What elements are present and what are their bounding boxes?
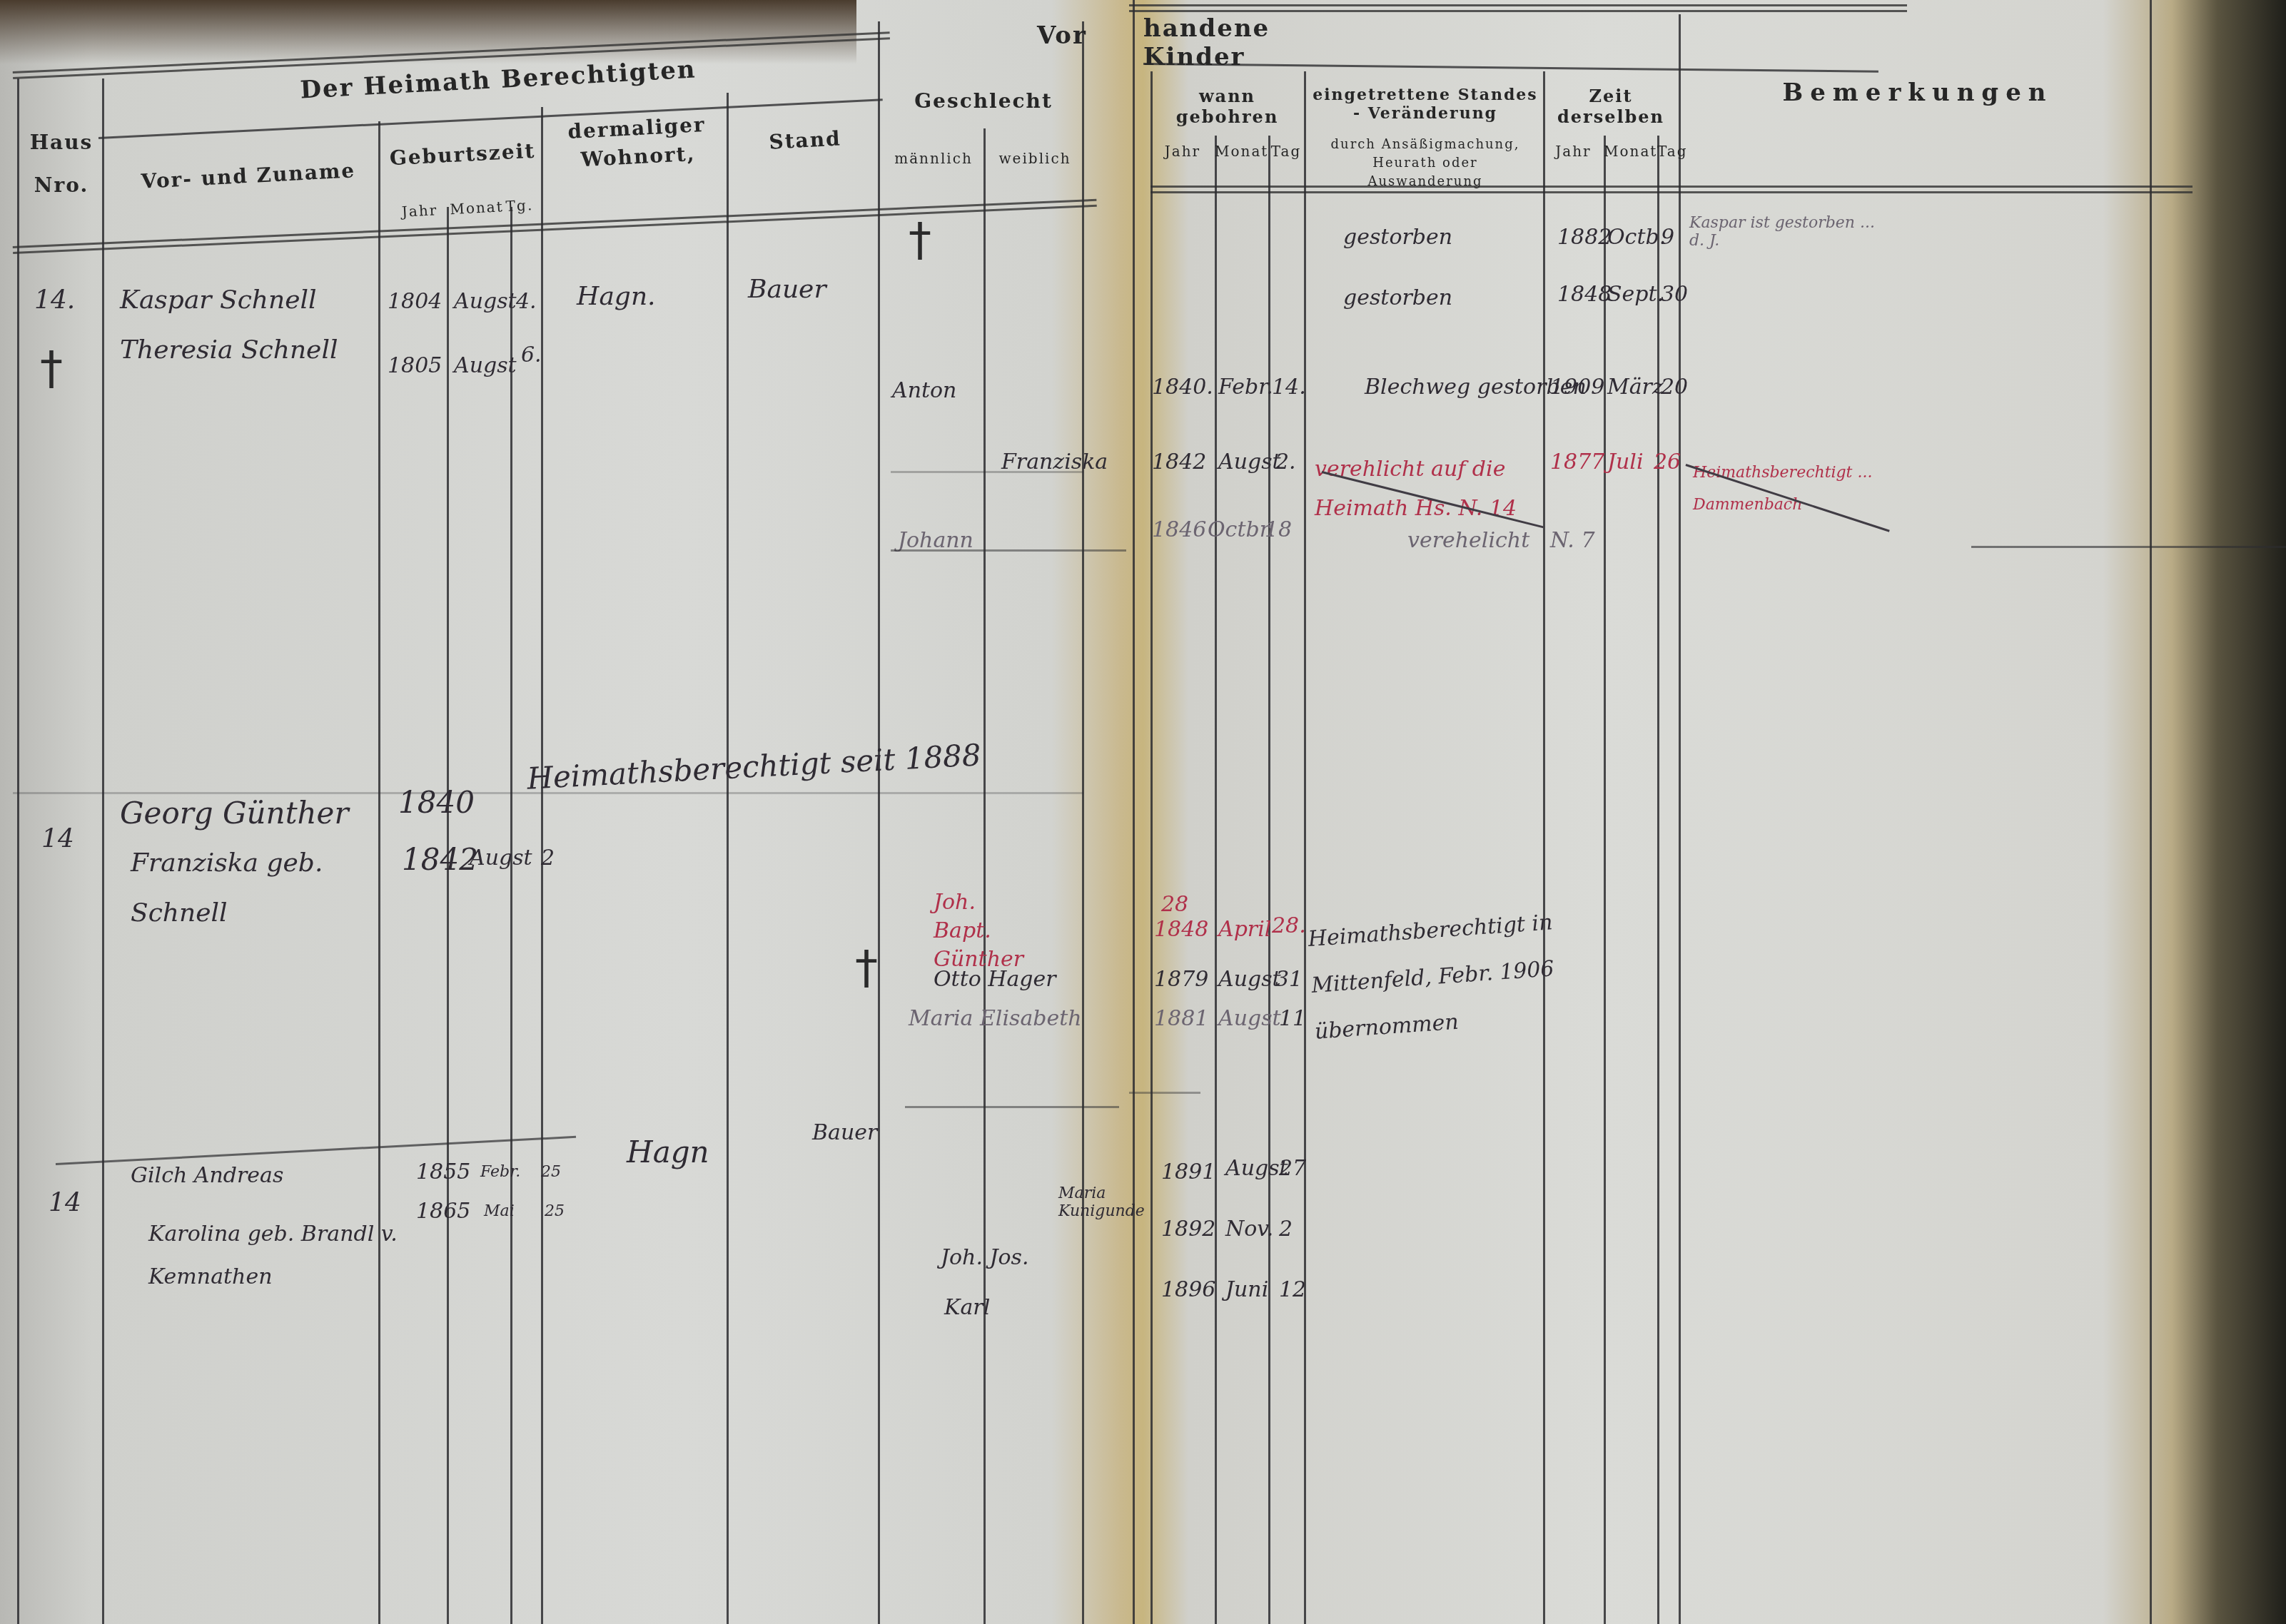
child-birth-year: 1891 [1161, 1159, 1215, 1184]
birth-day: 25 [541, 1163, 561, 1181]
change-text: verehlicht auf die Heimath Hs. N. 14 [1315, 450, 1543, 528]
col-line [447, 207, 449, 1624]
wann-subheaders: Jahr Monat Tag [1150, 143, 1304, 160]
child-name: Anton [892, 378, 956, 403]
col-line [983, 128, 986, 1624]
child-birth-year: 1840. [1152, 375, 1213, 400]
child-name: Otto Hager [934, 967, 1056, 992]
change-text: gestorben [1343, 225, 1452, 250]
sub-weiblich: weiblich [985, 150, 1085, 167]
geburtszeit-subheaders: Jahr Monat Tg. [391, 196, 542, 221]
sub-jahr: Jahr [1543, 143, 1604, 160]
sub-tag: Tag [1657, 143, 1679, 160]
birth-month: Augst [454, 289, 517, 314]
child-name: Maria Elisabeth [909, 1006, 1082, 1031]
col-line [17, 78, 19, 1624]
change-month: Juli [1607, 450, 1644, 474]
birth-month: Febr. [480, 1163, 520, 1181]
col-header-name: Vor- und Zuname [119, 158, 377, 195]
child-name: Joh. Jos. [941, 1245, 1029, 1270]
haus-number: 14 [41, 824, 74, 853]
child-name: Joh. Bapt. Günther [934, 888, 1033, 974]
col-line [1604, 136, 1606, 1624]
col-line [1679, 14, 1681, 1624]
child-birth-month: Augst [1218, 967, 1281, 992]
col-line [1268, 136, 1270, 1624]
header-rule-bottom [13, 199, 1097, 254]
child-name: Maria Kunigunde [1058, 1184, 1123, 1220]
col-header-geburtszeit: Geburtszeit [383, 138, 541, 170]
birth-day: 6. [521, 342, 542, 367]
col-header-haus: Haus Nro. [19, 121, 104, 207]
child-birth-year: 1896 [1161, 1277, 1215, 1302]
col-header-stand: Stand [733, 125, 876, 156]
sub-monat: Monat [1604, 143, 1657, 160]
birth-day: 4. [516, 289, 537, 314]
child-birth-month: Febr. [1218, 375, 1273, 400]
col-header-geschlecht: Geschlecht [884, 89, 1083, 113]
change-month: Sept. [1607, 282, 1664, 307]
birth-year: 1840 [398, 785, 475, 820]
entry-note: Heimathsberechtigt seit 1888 [526, 737, 982, 796]
birth-month: Augst [454, 353, 517, 378]
person-name: Theresia Schnell [120, 335, 363, 365]
change-text: gestorben [1343, 285, 1452, 310]
col-line [1304, 71, 1306, 1624]
col-line [1657, 136, 1659, 1624]
entry-rule [905, 1106, 1119, 1108]
wohnort: Hagn. [577, 282, 656, 311]
death-cross-icon: † [855, 942, 878, 995]
child-name: Karl [944, 1295, 990, 1320]
change-day: 30 [1661, 282, 1688, 307]
child-birth-year: 1848 [1154, 917, 1208, 942]
child-birth-year: 1892 [1161, 1217, 1215, 1242]
row-rule [891, 471, 1083, 473]
row-rule [1129, 1092, 1200, 1094]
entry-rule [56, 1136, 576, 1165]
birth-month: Augst [470, 846, 532, 871]
sub-maennlich: männlich [884, 150, 983, 167]
sub-tag: Tag [1268, 143, 1304, 160]
sub-jahr: Jahr [391, 201, 449, 220]
group-header-kinder: handene Kinder [1143, 14, 1357, 71]
child-birth-day: 12 [1279, 1277, 1306, 1302]
col-line [1543, 71, 1545, 1624]
wohnort: Hagn [627, 1135, 709, 1169]
child-birth-year: 1842 [1152, 450, 1206, 474]
child-birth-day: 2 [1279, 1217, 1293, 1242]
child-birth-month: Augst [1218, 1006, 1281, 1031]
death-cross-icon: † [40, 342, 63, 395]
col-header-wohnort: dermaliger Wohnort, [554, 110, 721, 176]
child-birth-month: Juni [1225, 1277, 1268, 1302]
sub-veraenderung: durch Ansäßigmachung, Heurath oder Auswa… [1315, 136, 1536, 191]
haus-number: 14. [34, 285, 75, 315]
child-birth-month: Nov. [1225, 1217, 1273, 1242]
group-header-vor: Vor [1026, 21, 1098, 50]
change-text: verehelicht [1407, 528, 1529, 553]
col-line [727, 93, 729, 1624]
col-line [1150, 71, 1153, 1624]
child-birth-year-alt: 28 [1161, 892, 1188, 917]
person-name: Karolina geb. Brandl v. Kemnathen [148, 1213, 405, 1299]
person-name: Gilch Andreas [131, 1163, 283, 1188]
change-day: 20 [1661, 375, 1688, 400]
col-line [1215, 136, 1217, 1624]
child-birth-year: 1881 [1154, 1006, 1208, 1031]
birth-year: 1842 [402, 842, 478, 877]
child-birth-day: 18 [1265, 517, 1292, 542]
sub-monat: Monat [1215, 143, 1268, 160]
birth-month: Mai [484, 1202, 515, 1220]
person-name: Franziska geb. Schnell [131, 838, 395, 938]
col-line [510, 207, 512, 1624]
ledger-photo: Der Heimath Berechtigten Haus Nro. Vor- … [0, 0, 2286, 1624]
remark: Heimathsberechtigt ... Dammenbach [1693, 457, 1878, 521]
birth-year: 1804 [388, 289, 442, 314]
change-day: 9 [1661, 225, 1674, 250]
birth-year: 1805 [388, 353, 442, 378]
col-line [878, 21, 880, 1624]
person-name: Georg Günther [120, 796, 349, 831]
birth-year: 1855 [416, 1159, 470, 1184]
change-year: N. 7 [1550, 528, 1595, 553]
col-header-bemerkungen: Bemerkungen [1686, 78, 2150, 107]
change-note: Heimathsberechtigt in Mittenfeld, Febr. … [1307, 896, 1602, 1055]
row-rule [891, 549, 1126, 552]
sub-jahr: Jahr [1150, 143, 1215, 160]
birth-day: 25 [545, 1202, 565, 1220]
col-line [2150, 0, 2152, 1624]
stand: Bauer [748, 275, 826, 304]
header-rule-bottom [1150, 186, 2193, 193]
child-birth-year: 1846 [1152, 517, 1206, 542]
person-name: Kaspar Schnell [120, 285, 317, 315]
child-birth-year: 1879 [1154, 967, 1208, 992]
change-year: 1877 [1550, 450, 1604, 474]
left-page: Der Heimath Berechtigten Haus Nro. Vor- … [13, 0, 1126, 1624]
zeit-subheaders: Jahr Monat Tag [1543, 143, 1679, 160]
child-birth-day: 11 [1279, 1006, 1306, 1031]
col-header-zeit: Zeit derselben [1543, 86, 1679, 127]
header-rule-top [1129, 4, 1907, 12]
col-line [1133, 0, 1135, 1624]
change-year: 1848 [1557, 282, 1612, 307]
child-birth-day: 2. [1275, 450, 1296, 474]
row-rule [1971, 546, 2286, 548]
col-line [102, 78, 104, 1624]
child-birth-month: Augst [1218, 450, 1281, 474]
child-birth-day: 28. [1272, 913, 1306, 938]
birth-day: 2 [541, 846, 555, 871]
col-header-wann-gebohren: wann gebohren [1150, 86, 1304, 127]
change-month: März [1607, 375, 1664, 400]
birth-year: 1865 [416, 1199, 470, 1224]
change-day: 26 [1654, 450, 1681, 474]
sex-cross-icon: † [909, 214, 931, 267]
sub-monat: Monat [447, 198, 505, 218]
change-year: 1909 [1550, 375, 1604, 400]
col-line [1082, 21, 1084, 1624]
haus-number: 14 [49, 1188, 81, 1217]
child-birth-day: 14. [1272, 375, 1306, 400]
right-page: handene Kinder wann gebohren Jahr Monat … [1129, 0, 2214, 1624]
change-year: 1882 [1557, 225, 1612, 250]
child-birth-day: 31 [1275, 967, 1303, 992]
stand: Bauer [812, 1120, 877, 1145]
child-birth-month: April [1218, 917, 1271, 942]
child-birth-day: 27 [1279, 1156, 1306, 1181]
sub-tag: Tg. [505, 196, 534, 215]
remark: Kaspar ist gestorben ... d. J. [1689, 214, 1889, 250]
col-header-veraenderung: eingetrettene Standes - Veränderung [1308, 86, 1543, 123]
change-month: Octb. [1607, 225, 1666, 250]
